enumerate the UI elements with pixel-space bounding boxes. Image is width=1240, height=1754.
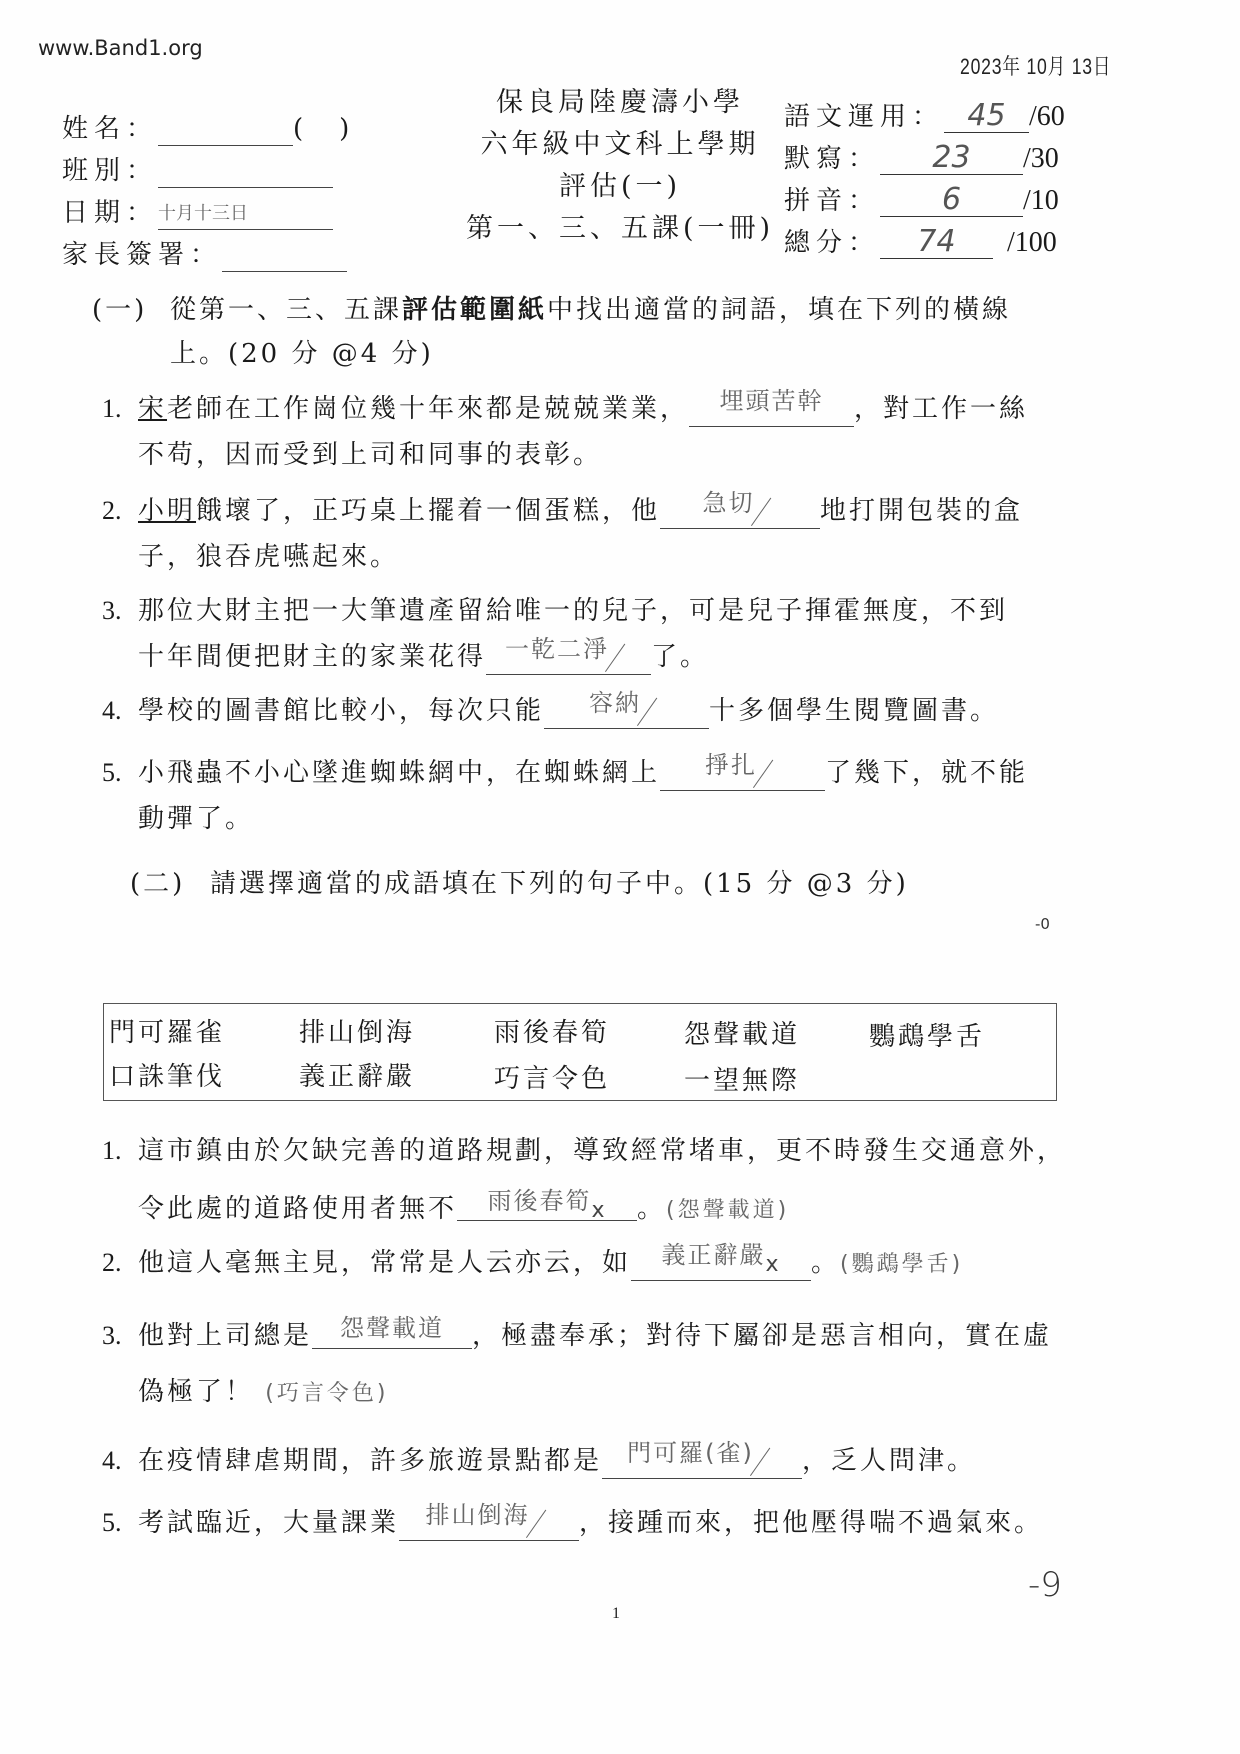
question-text: 這市鎮由於欠缺完善的道路規劃，導致經常堵車，更不時發生交通意外，: [138, 1136, 1066, 1166]
class-label: 班別：: [62, 156, 158, 186]
answer-blank[interactable]: 埋頭苦幹: [689, 386, 854, 427]
score-row-pinyin: 拼音：6/10: [784, 180, 1065, 222]
question-text: 了幾下，就不能: [825, 758, 1028, 788]
name-label: 姓名：: [62, 114, 158, 144]
question-text: 偽極了！: [138, 1377, 254, 1407]
class-number-open: (: [293, 114, 309, 144]
handwritten-correction: (怨聲載道): [666, 1198, 789, 1223]
term-title: 六年級中文科上學期: [440, 124, 800, 166]
question-text: 老師在工作崗位幾十年來都是兢兢業業，: [167, 394, 689, 424]
idiom-option: 排山倒海: [299, 1012, 415, 1049]
score-label: 拼音：: [784, 186, 880, 216]
question-number: 5.: [102, 750, 138, 796]
date-field[interactable]: 十月十三日: [158, 199, 333, 230]
idiom-option: 怨聲載道: [684, 1014, 800, 1051]
question-text: ，接踵而來，把他壓得喘不過氣來。: [579, 1508, 1043, 1538]
handwritten-answer: 掙扎: [705, 751, 757, 779]
question-text: 考試臨近，大量課業: [138, 1508, 399, 1538]
question-text: 。: [811, 1248, 840, 1278]
answer-blank[interactable]: 排山倒海: [399, 1500, 579, 1541]
check-mark-icon: [605, 644, 640, 683]
s1-question-5: 5.小飛蟲不小心墜進蜘蛛網中，在蜘蛛網上掙扎了幾下，就不能 動彈了。: [102, 750, 1102, 842]
score-panel: 語文運用：45/60 默寫：23/30 拼音：6/10 總分：74/100: [784, 96, 1065, 264]
idiom-option: 口誅筆伐: [109, 1056, 225, 1093]
question-text: 子，狼吞虎嚥起來。: [138, 542, 399, 572]
idiom-option: 門可羅雀: [109, 1012, 225, 1049]
score-row-total: 總分：74/100: [784, 222, 1065, 264]
idiom-option: 義正辭嚴: [299, 1056, 415, 1093]
parent-sign-label: 家長簽署：: [62, 240, 222, 270]
s2-question-3: 3.他對上司總是怨聲載道，極盡奉承；對待下屬卻是惡言相向，實在虛 偽極了！ (巧…: [102, 1308, 1162, 1422]
score-max: /60: [1029, 101, 1065, 132]
handwritten-answer: 埋頭苦幹: [720, 387, 824, 415]
scope-title: 第一、三、五課(一冊): [440, 208, 800, 250]
parent-sign-row: 家長簽署：: [62, 234, 355, 276]
score-label: 默寫：: [784, 144, 880, 174]
answer-blank[interactable]: 義正辭嚴x: [631, 1240, 811, 1281]
score-max: /10: [1023, 185, 1059, 216]
section-2-deduction: -9: [1028, 1565, 1062, 1605]
answer-blank[interactable]: 雨後春筍x: [457, 1180, 637, 1221]
class-number-close: ): [339, 114, 355, 144]
question-text: 小飛蟲不小心墜進蜘蛛網中，在蜘蛛網上: [138, 758, 660, 788]
s2-question-1: 1.這市鎮由於欠缺完善的道路規劃，導致經常堵車，更不時發生交通意外， 令此處的道…: [102, 1122, 1162, 1240]
question-number: 5.: [102, 1500, 138, 1546]
question-number: 1.: [102, 386, 138, 432]
s2-question-4: 4.在疫情肆虐期間，許多旅遊景點都是門可羅(雀)，乏人問津。: [102, 1438, 1162, 1484]
cross-mark-icon: x: [592, 1198, 607, 1223]
handwritten-correction: (鸚鵡學舌): [840, 1252, 963, 1277]
handwritten-answer: 義正辭嚴: [662, 1241, 766, 1269]
score-value: 74: [917, 224, 955, 259]
answer-blank[interactable]: 怨聲載道: [312, 1308, 472, 1349]
idiom-word-bank: 門可羅雀 排山倒海 雨後春筍 怨聲載道 鸚鵡學舌 口誅筆伐 義正辭嚴 巧言令色 …: [103, 1003, 1057, 1101]
s2-question-2: 2.他這人毫無主見，常常是人云亦云，如義正辭嚴x。(鸚鵡學舌): [102, 1240, 1162, 1288]
idiom-option: 鸚鵡學舌: [869, 1016, 985, 1053]
question-text: ，乏人問津。: [802, 1446, 976, 1476]
score-value: 6: [942, 182, 961, 217]
handwritten-answer: 容納: [589, 689, 641, 717]
question-text: 了。: [651, 642, 709, 672]
score-value: 45: [967, 98, 1005, 133]
question-number: 3.: [102, 1308, 138, 1364]
s1-question-2: 2.小明餓壞了，正巧桌上擺着一個蛋糕，他急切地打開包裝的盒 子，狼吞虎嚥起來。: [102, 488, 1102, 580]
check-mark-icon: [750, 498, 785, 537]
question-text: 在疫情肆虐期間，許多旅遊景點都是: [138, 1446, 602, 1476]
instruction-text: 中找出適當的詞語，填在下列的橫線: [547, 295, 1011, 325]
s2-question-5: 5.考試臨近，大量課業排山倒海，接踵而來，把他壓得喘不過氣來。: [102, 1500, 1162, 1546]
handwritten-answer: 怨聲載道: [340, 1314, 444, 1342]
check-mark-icon: [753, 760, 788, 799]
answer-blank[interactable]: 容納: [544, 688, 709, 729]
exam-title-block: 保良局陸慶濤小學 六年級中文科上學期 評估(一) 第一、三、五課(一冊): [440, 82, 800, 250]
question-text: 學校的圖書館比較小，每次只能: [138, 696, 544, 726]
score-label: 語文運用：: [784, 102, 944, 132]
question-text: 他這人毫無主見，常常是人云亦云，如: [138, 1248, 631, 1278]
question-text: 餓壞了，正巧桌上擺着一個蛋糕，他: [196, 496, 660, 526]
question-text: 。: [637, 1194, 666, 1224]
question-number: 4.: [102, 1438, 138, 1484]
score-max: /100: [1007, 227, 1057, 258]
question-text: 那位大財主把一大筆遺產留給唯一的兒子，可是兒子揮霍無度，不到: [138, 596, 1008, 626]
question-text: 地打開包裝的盒: [820, 496, 1023, 526]
instruction-text: 請選擇適當的成語填在下列的句子中。(15 分 @3 分): [210, 869, 909, 899]
question-number: 3.: [102, 588, 138, 634]
cross-mark-icon: x: [766, 1252, 781, 1277]
handwritten-answer: 雨後春筍: [488, 1187, 592, 1215]
instruction-bold: 評估範圍紙: [402, 295, 547, 325]
instruction-text: 上。(20 分 @4 分): [170, 339, 434, 369]
question-text: ，對工作一絲: [854, 394, 1028, 424]
handwritten-answer: 一乾二淨: [505, 635, 609, 663]
check-mark-icon: [750, 1448, 785, 1487]
question-text: 動彈了。: [138, 804, 254, 834]
s1-question-1: 1.宋老師在工作崗位幾十年來都是兢兢業業，埋頭苦幹，對工作一絲 不苟，因而受到上…: [102, 386, 1102, 478]
s1-question-3: 3.那位大財主把一大筆遺產留給唯一的兒子，可是兒子揮霍無度，不到 十年間便把財主…: [102, 588, 1102, 680]
date-label: 日期：: [62, 198, 158, 228]
section-1-deduction: -0: [1035, 915, 1050, 933]
question-text: ，極盡奉承；對待下屬卻是惡言相向，實在虛: [472, 1321, 1052, 1351]
check-mark-icon: [525, 1510, 560, 1549]
question-number: 2.: [102, 488, 138, 534]
school-name: 保良局陸慶濤小學: [440, 82, 800, 124]
website-watermark: www.Band1.org: [38, 36, 203, 60]
section-number: (二): [130, 862, 210, 906]
question-text: 令此處的道路使用者無不: [138, 1194, 457, 1224]
idiom-option: 一望無際: [684, 1060, 800, 1097]
score-row-language: 語文運用：45/60: [784, 96, 1065, 138]
page-number: 1: [612, 1605, 620, 1623]
handwritten-answer: 排山倒海: [426, 1501, 530, 1529]
score-value: 23: [932, 140, 970, 175]
question-number: 1.: [102, 1122, 138, 1180]
class-field[interactable]: [158, 157, 333, 188]
instruction-text: 從第一、三、五課: [170, 295, 402, 325]
idiom-option: 雨後春筍: [494, 1012, 610, 1049]
name-field[interactable]: [158, 115, 293, 146]
answer-blank[interactable]: 掙扎: [660, 750, 825, 791]
name-row: 姓名：(): [62, 108, 355, 150]
handwritten-answer: 門可羅(雀): [627, 1439, 754, 1467]
question-text: 十多個學生閱覽圖書。: [709, 696, 999, 726]
class-row: 班別：: [62, 150, 355, 192]
date-stamp: 2023年 10月 13日: [960, 50, 1111, 81]
answer-blank[interactable]: 急切: [660, 488, 820, 529]
assessment-title: 評估(一): [440, 166, 800, 208]
idiom-option: 巧言令色: [494, 1058, 610, 1095]
parent-sign-field[interactable]: [222, 241, 347, 272]
question-text: 十年間便把財主的家業花得: [138, 642, 486, 672]
handwritten-answer: 急切: [703, 489, 755, 517]
section-2-heading: (二)請選擇適當的成語填在下列的句子中。(15 分 @3 分): [130, 862, 1130, 906]
handwritten-correction: (巧言令色): [265, 1381, 388, 1406]
section-1-heading: (一)從第一、三、五課評估範圍紙中找出適當的詞語，填在下列的橫線 上。(20 分…: [92, 288, 1092, 376]
check-mark-icon: [637, 698, 672, 737]
proper-noun: 宋: [138, 394, 167, 424]
proper-noun: 小明: [138, 496, 196, 526]
question-text: 不苟，因而受到上司和同事的表彰。: [138, 440, 602, 470]
date-row: 日期：十月十三日: [62, 192, 355, 234]
section-number: (一): [92, 288, 170, 332]
score-label: 總分：: [784, 228, 880, 258]
score-max: /30: [1023, 143, 1059, 174]
answer-blank[interactable]: 門可羅(雀): [602, 1438, 802, 1479]
question-text: 他對上司總是: [138, 1321, 312, 1351]
answer-blank[interactable]: 一乾二淨: [486, 634, 651, 675]
s1-question-4: 4.學校的圖書館比較小，每次只能容納十多個學生閱覽圖書。: [102, 688, 1102, 734]
student-info: 姓名：() 班別： 日期：十月十三日 家長簽署：: [62, 108, 355, 276]
question-number: 4.: [102, 688, 138, 734]
question-number: 2.: [102, 1240, 138, 1286]
score-row-dictation: 默寫：23/30: [784, 138, 1065, 180]
